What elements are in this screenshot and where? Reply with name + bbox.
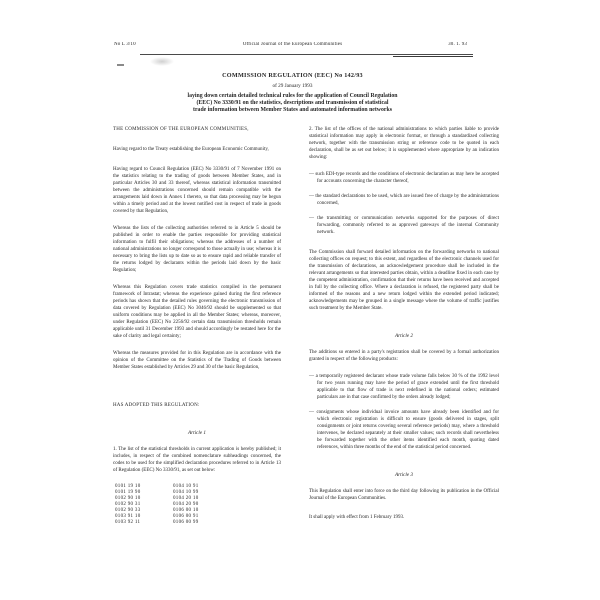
bullet-item: — a temporarily registered declarant who… — [309, 373, 499, 401]
recital-whereas-3: Whereas the measures provided for in thi… — [113, 350, 281, 371]
header-rule — [140, 54, 473, 55]
having-treaty-clause: Having regard to the Treaty establishing… — [113, 146, 281, 153]
code-row: 0103 92 110106 00 99 — [115, 520, 281, 526]
dash-item: — the transmitting or communication netw… — [309, 215, 499, 236]
regulation-subtitle-line: (EEC) No 3330/91 on the statistics, desc… — [140, 100, 445, 107]
commission-forwarding-paragraph: The Commission shall forward detailed in… — [309, 249, 499, 312]
regulation-subtitle-line: laying down certain detailed technical r… — [140, 93, 445, 100]
regulation-subtitle-line: trade information between Member States … — [140, 107, 445, 114]
commission-intro: THE COMMISSION OF THE EUROPEAN COMMUNITI… — [113, 126, 281, 133]
regulation-title-block: COMMISSION REGULATION (EEC) No 142/93 of… — [112, 72, 473, 114]
dash-item: — such EDI-type records and the conditio… — [309, 171, 499, 185]
article-2-heading: Article 2 — [309, 333, 499, 340]
article-3-heading: Article 3 — [309, 472, 499, 479]
header-rule-right — [393, 56, 473, 57]
entry-into-force-clause: This Regulation shall enter into force o… — [309, 488, 499, 502]
article-1-paragraph-2: 2. The list of the offices of the nation… — [309, 126, 499, 161]
code-cell: 0103 92 11 — [115, 520, 161, 526]
header-date: 30. 1. 93 — [448, 42, 467, 47]
scan-dash-artifact — [117, 64, 124, 66]
dash-item: — the standard declarations to be used, … — [309, 193, 499, 207]
page-header: No L 3/10 Official Journal of the Europe… — [112, 42, 473, 52]
recital-whereas-1: Whereas the lists of the collecting auth… — [113, 225, 281, 274]
regulation-heading: COMMISSION REGULATION (EEC) No 142/93 — [112, 72, 473, 79]
right-column: 2. The list of the offices of the nation… — [309, 126, 499, 521]
scan-smudge-artifact — [150, 57, 174, 66]
application-date-clause: It shall apply with effect from 1 Februa… — [309, 514, 499, 521]
scanned-regulation-page: No L 3/10 Official Journal of the Europe… — [0, 0, 600, 600]
article-1-heading: Article 1 — [113, 430, 281, 437]
having-regulation-clause: Having regard to Council Regulation (EEC… — [113, 166, 281, 215]
article-1-intro: 1. The list of the statistical threshold… — [113, 446, 281, 474]
code-cell: 0106 00 99 — [173, 520, 225, 526]
left-column: THE COMMISSION OF THE EUROPEAN COMMUNITI… — [113, 126, 281, 526]
article-2-intro: The additions so entered in a party's re… — [309, 349, 499, 363]
recital-whereas-2: Whereas this Regulation covers trade sta… — [113, 284, 281, 340]
has-adopted-clause: HAS ADOPTED THIS REGULATION: — [113, 402, 281, 409]
cn-code-table: 0101 19 100104 10 91 0101 19 900104 10 9… — [115, 484, 281, 526]
regulation-date-line: of 29 January 1993 — [112, 83, 473, 89]
bullet-item: — consignments whose individual invoice … — [309, 409, 499, 451]
journal-title: Official Journal of the European Communi… — [112, 42, 473, 47]
